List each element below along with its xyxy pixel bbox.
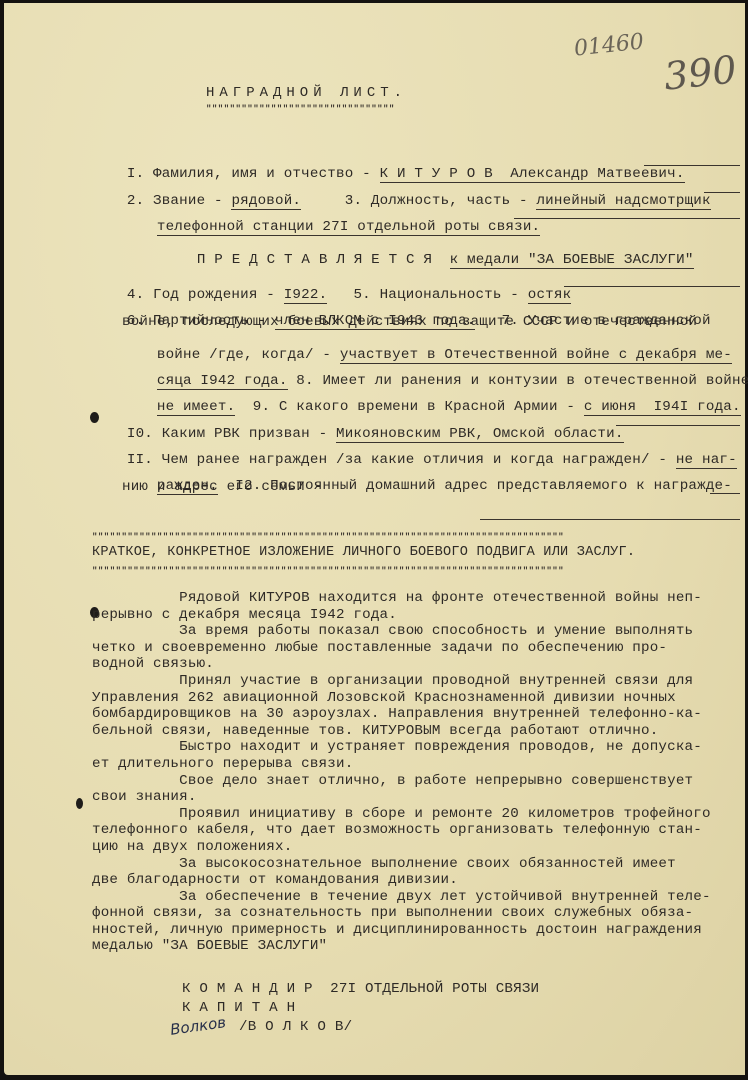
title-rule: """""""""""""""""""""""""""""""" <box>206 104 395 114</box>
field-value: телефонной станции 27I отдельной роты св… <box>157 219 540 236</box>
award-sheet-page: 01460 390 НАГРАДНОЙ ЛИСТ. """"""""""""""… <box>4 3 745 1075</box>
body-line: За время работы показал свою способность… <box>92 623 711 640</box>
section-heading: КРАТКОЕ, КОНКРЕТНОЕ ИЗЛОЖЕНИЕ ЛИЧНОГО БО… <box>92 545 635 561</box>
body-line: две благодарности от командования дивизи… <box>92 872 711 889</box>
body-line: Быстро находит и устраняет повреждения п… <box>92 739 711 756</box>
body-line: четко и своевременно любые поставленные … <box>92 640 711 657</box>
field-7-label-cont: войне, последующих боевых действиях по з… <box>122 314 697 330</box>
body-line: ет длительного перерыва связи. <box>92 756 711 773</box>
handwritten-signature: Волков <box>169 1013 227 1039</box>
body-line: свои знания. <box>92 789 711 806</box>
body-line: фонной связи, за сознательность при выпо… <box>92 905 711 922</box>
body-line: Рядовой КИТУРОВ находится на фронте отеч… <box>92 590 711 607</box>
field-3-value: линейный надсмотрщик <box>536 193 710 210</box>
section-rule-top: """"""""""""""""""""""""""""""""""""""""… <box>92 532 564 542</box>
body-line: Проявил инициативу в сборе и ремонте 20 … <box>92 806 711 823</box>
body-line: бельной связи, наведенные тов. КИТУРОВЫМ… <box>92 723 711 740</box>
medal-name: к медали "ЗА БОЕВЫЕ ЗАСЛУГИ" <box>450 252 694 269</box>
body-line: цию на двух положениях. <box>92 839 711 856</box>
presented-label: П Р Е Д С Т А В Л Я Е Т С Я <box>197 252 432 268</box>
section-rule-bottom: """"""""""""""""""""""""""""""""""""""""… <box>92 566 564 576</box>
body-line: За высокосознательное выполнение своих о… <box>92 856 711 873</box>
body-line: бомбардировщиков на 30 аэроузлах. Направ… <box>92 706 711 723</box>
signature-name: /В О Л К О В/ <box>239 1019 352 1035</box>
signature-rank: К А П И Т А Н <box>182 1000 295 1016</box>
archive-number: 01460 <box>573 29 645 61</box>
body-line: медалью "ЗА БОЕВЫЕ ЗАСЛУГИ" <box>92 938 711 955</box>
page-number: 390 <box>662 47 739 98</box>
body-line: рерывно с декабря месяца I942 года. <box>92 607 711 624</box>
body-line: Принял участие в организации проводной в… <box>92 673 711 690</box>
document-title: НАГРАДНОЙ ЛИСТ. <box>206 85 407 101</box>
body-line: Управления 262 авиационной Лозовской Кра… <box>92 690 711 707</box>
merit-description: Рядовой КИТУРОВ находится на фронте отеч… <box>92 590 711 955</box>
body-line: За обеспечение в течение двух лет устойч… <box>92 889 711 906</box>
body-line: телефонного кабеля, что дает возможность… <box>92 822 711 839</box>
body-line: Свое дело знает отлично, в работе непрер… <box>92 773 711 790</box>
signature-title: К О М А Н Д И Р 27I ОТДЕЛЬНОЙ РОТЫ СВЯЗИ <box>182 981 539 997</box>
field-12-address-cont: нию и адрес его семьи - <box>122 479 322 495</box>
body-line: водной связью. <box>92 656 711 673</box>
body-line: нностей, личную примерность и дисциплини… <box>92 922 711 939</box>
